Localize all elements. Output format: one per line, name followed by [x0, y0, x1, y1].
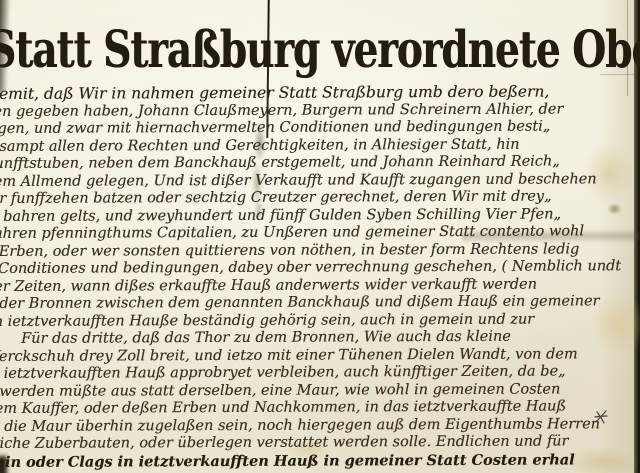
ink-cross-mark [592, 407, 610, 427]
manuscript-line: e Conditiones und bedingungen, dabey obe… [0, 258, 621, 278]
manuscript-line: dem Kauffer, oder deßen Erben und Nachko… [0, 398, 622, 418]
manuscript-line: bahren pfenningthums Capitalien, zu Unße… [0, 223, 621, 243]
manuscript-body: hiemit, daß Wir in nahmen gemeiner Statt… [0, 83, 622, 471]
manuscript-line: Zunfftstuben, neben dem Banckhauß erstge… [0, 153, 621, 173]
manuscript-line: dliche Zuberbauten, oder überlegen verst… [0, 433, 622, 453]
manuscript-line: eigen, und zwar mit hiernachvermelten Co… [0, 118, 621, 138]
manuscript-line: hiemit, daß Wir in nahmen gemeiner Statt… [0, 83, 620, 103]
document-title: Statt Straßburg verordnete Obere Baw„ [0, 20, 640, 80]
manuscript-line: kein oder Clags in ietztverkaufften Hauß… [0, 451, 622, 471]
manuscript-line: m ietztverkaufften Hauß approbryet verbl… [0, 363, 622, 383]
manuscript-line: en ietztverkaufften Hauße beständig gehö… [0, 311, 621, 331]
manuscript-line: ß der Bronnen zwischen dem genannten Ban… [0, 293, 621, 313]
manuscript-line: für funffzehen batzen oder sechtzig Creu… [0, 188, 621, 208]
manuscript-photo: Statt Straßburg verordnete Obere Baw„ hi… [0, 0, 640, 473]
